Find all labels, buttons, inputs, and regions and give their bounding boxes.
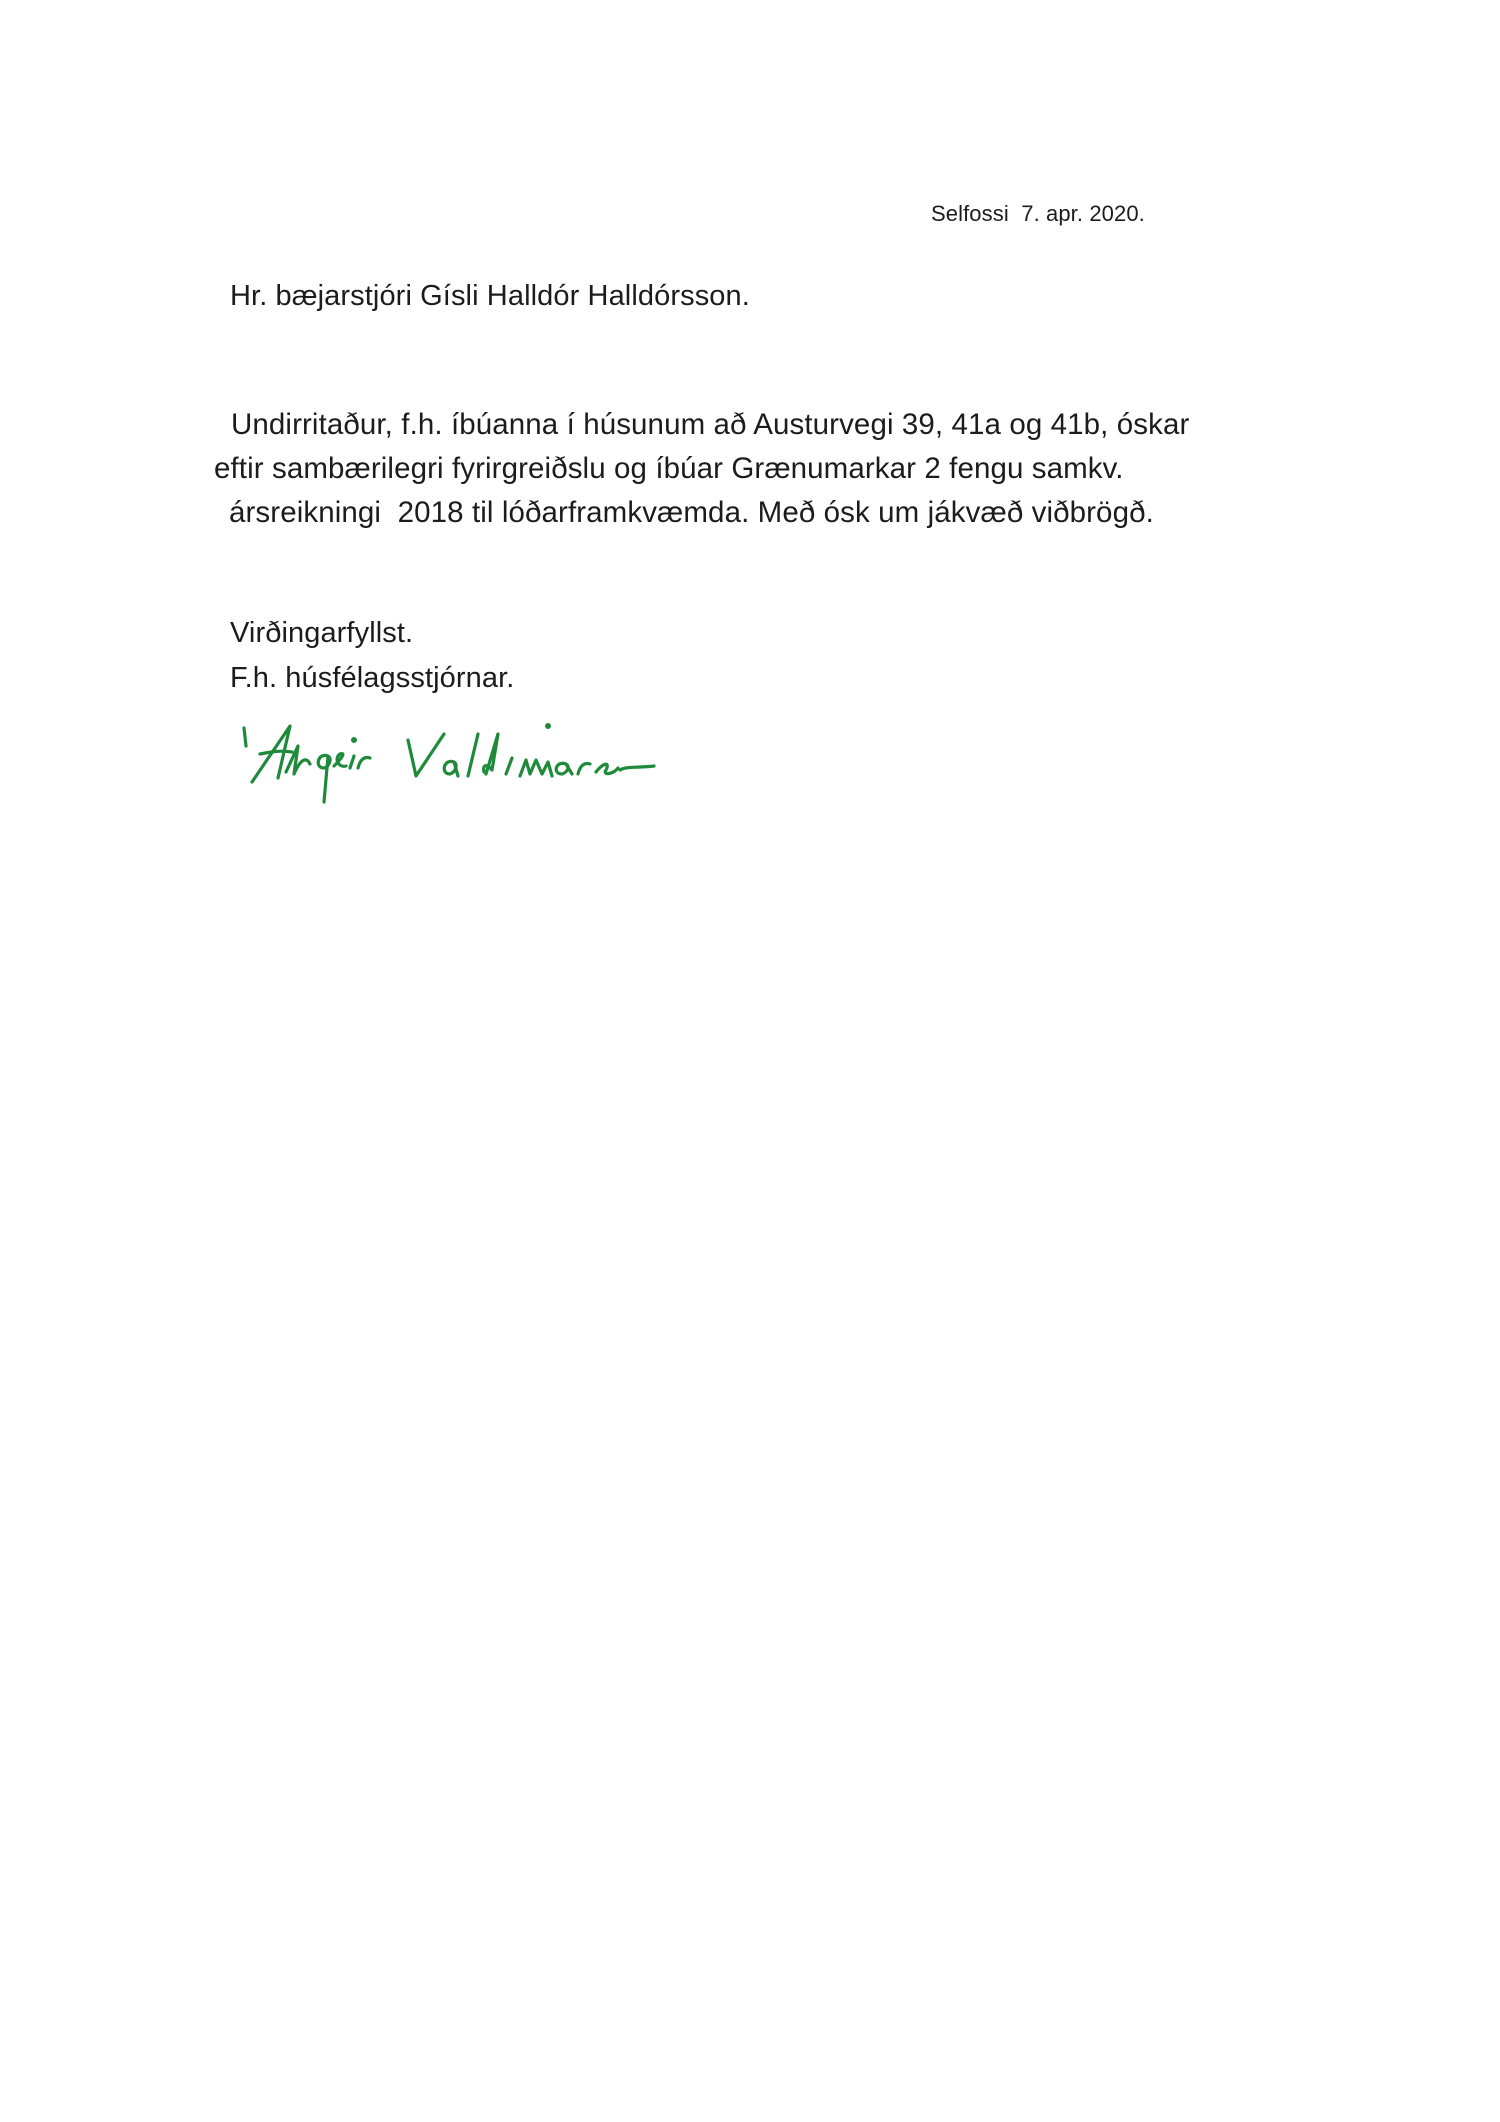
body-line-2: eftir sambærilegri fyrirgreiðslu og íbúa… (214, 452, 1124, 486)
letter-page: Selfossi 7. apr. 2020. Hr. bæjarstjóri G… (0, 0, 1500, 2122)
handwritten-signature-icon (230, 712, 670, 822)
body-line-3: ársreikningi 2018 til lóðarframkvæmda. M… (229, 496, 1154, 530)
body-line-1: Undirritaður, f.h. íbúanna í húsunum að … (231, 408, 1189, 442)
closing-on-behalf: F.h. húsfélagsstjórnar. (230, 662, 514, 695)
recipient-line: Hr. bæjarstjóri Gísli Halldór Halldórsso… (230, 280, 750, 313)
closing-salutation: Virðingarfyllst. (230, 617, 413, 650)
place-and-date: Selfossi 7. apr. 2020. (931, 201, 1145, 227)
